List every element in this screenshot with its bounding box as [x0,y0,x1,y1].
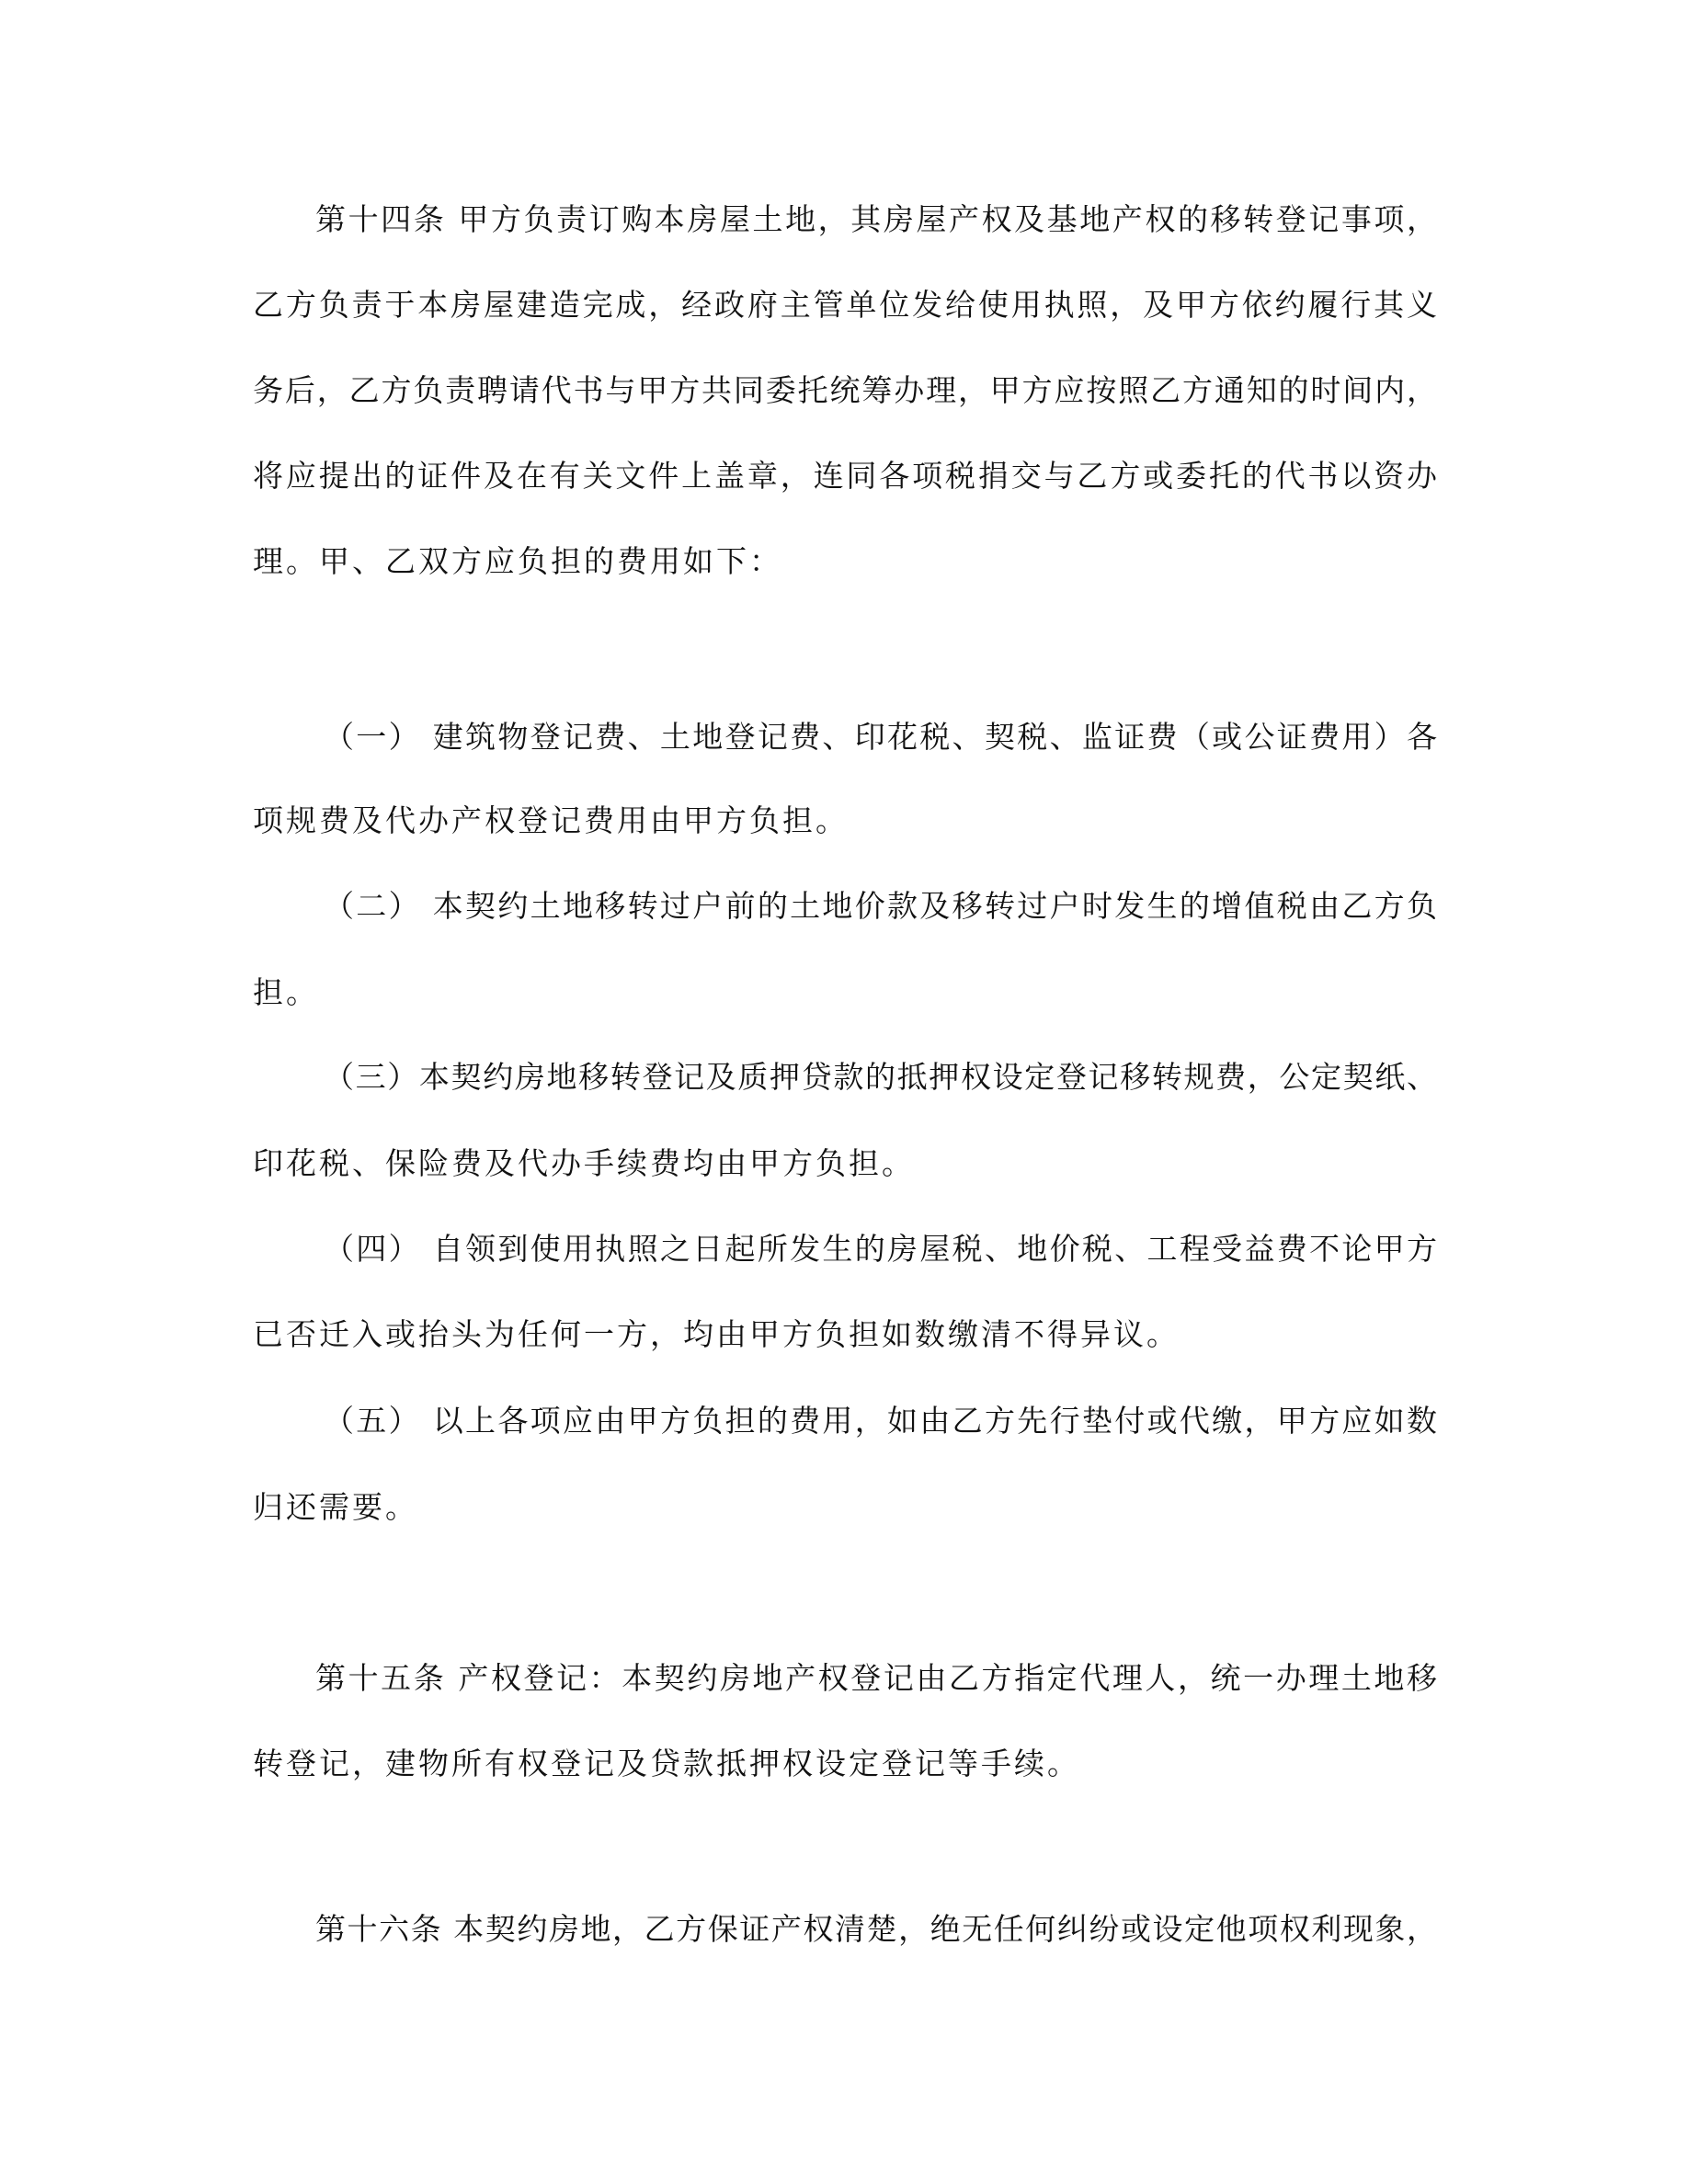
article-14-line-3: 务后，乙方负责聘请代书与甲方共同委托统筹办理，甲方应按照乙方通知的时间内， [253,372,1437,409]
article-14-line-5: 理。甲、乙双方应负担的费用如下： [253,543,1437,580]
article-16-line-1: 第十六条 本契约房地，乙方保证产权清楚，绝无任何纠纷或设定他项权利现象， [315,1911,1437,1948]
fee-item-5-line-2: 归还需要。 [253,1489,1437,1526]
fee-item-2-line-2: 担。 [253,974,1437,1011]
fee-item-1-line-2: 项规费及代办产权登记费用由甲方负担。 [253,802,1437,839]
fee-item-2-line-1: （二） 本契约土地移转过户前的土地价款及移转过户时发生的增值税由乙方负 [324,888,1437,925]
article-15-line-1: 第十五条 产权登记：本契约房地产权登记由乙方指定代理人，统一办理土地移 [315,1660,1437,1697]
article-14-line-2: 乙方负责于本房屋建造完成，经政府主管单位发给使用执照，及甲方依约履行其义 [253,287,1437,324]
article-14-line-4: 将应提出的证件及在有关文件上盖章，连同各项税捐交与乙方或委托的代书以资办 [253,458,1437,495]
fee-item-1-line-1: （一） 建筑物登记费、土地登记费、印花税、契税、监证费（或公证费用）各 [324,719,1437,756]
fee-item-4-line-1: （四） 自领到使用执照之日起所发生的房屋税、地价税、工程受益费不论甲方 [324,1231,1437,1268]
article-14-line-1: 第十四条 甲方负责订购本房屋土地，其房屋产权及基地产权的移转登记事项， [315,201,1437,238]
fee-item-5-line-1: （五） 以上各项应由甲方负担的费用，如由乙方先行垫付或代缴，甲方应如数 [324,1403,1437,1439]
article-15-line-2: 转登记，建物所有权登记及贷款抵押权设定登记等手续。 [253,1746,1437,1782]
fee-item-3-line-1: （三）本契约房地移转登记及质押贷款的抵押权设定登记移转规费，公定契纸、 [324,1059,1437,1096]
fee-item-4-line-2: 已否迁入或抬头为任何一方，均由甲方负担如数缴清不得异议。 [253,1316,1437,1353]
fee-item-3-line-2: 印花税、保险费及代办手续费均由甲方负担。 [253,1145,1437,1182]
document-page: 第十四条 甲方负责订购本房屋土地，其房屋产权及基地产权的移转登记事项， 乙方负责… [0,0,1688,2184]
